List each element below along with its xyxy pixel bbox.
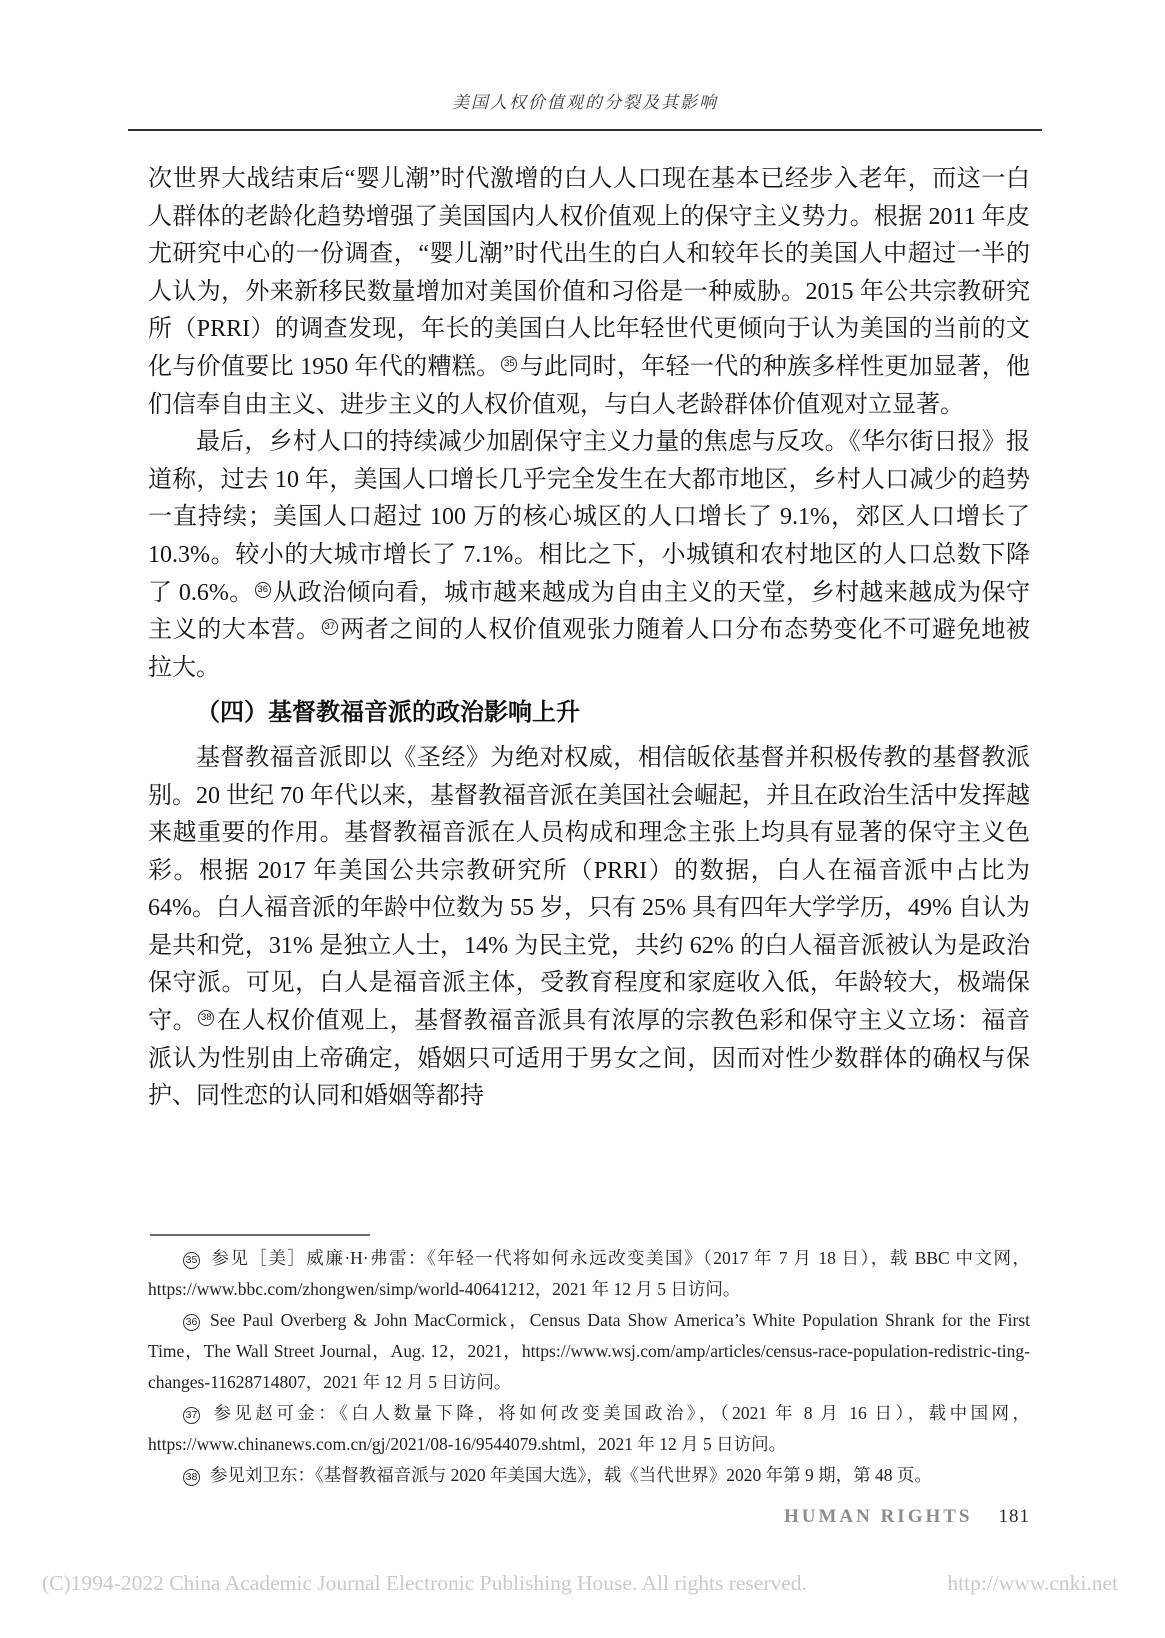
paragraph-evangelicals: 基督教福音派即以《圣经》为绝对权威，相信皈依基督并积极传教的基督教派别。20 世… — [148, 740, 1030, 1116]
running-head-title: 美国人权价值观的分裂及其影响 — [128, 88, 1042, 113]
section-heading: （四）基督教福音派的政治影响上升 — [148, 694, 1030, 732]
journal-name: HUMAN RIGHTS — [784, 1506, 973, 1527]
footnote-38: 38参见刘卫东：《基督教福音派与 2020 年美国大选》，载《当代世界》2020… — [148, 1460, 1030, 1491]
watermark-url: http://www.cnki.net — [947, 1571, 1118, 1596]
footnote-number-35: 35 — [183, 1252, 200, 1269]
paragraph-rural-population: 最后，乡村人口的持续减少加剧保守主义力量的焦虑与反攻。《华尔街日报》报道称，过去… — [148, 424, 1030, 687]
page-number: 181 — [999, 1506, 1031, 1527]
footnote-ref-37: 37 — [322, 619, 338, 635]
footnote-text: See Paul Overberg & John MacCormick，Cens… — [148, 1310, 1030, 1392]
footnote-number-37: 37 — [183, 1407, 200, 1424]
paragraph-text: 次世界大战结束后“婴儿潮”时代激增的白人人口现在基本已经步入老年，而这一白人群体… — [148, 166, 1030, 380]
cnki-watermark: (C)1994-2022 China Academic Journal Elec… — [42, 1571, 1118, 1596]
paragraph-continued: 次世界大战结束后“婴儿潮”时代激增的白人人口现在基本已经步入老年，而这一白人群体… — [148, 161, 1030, 424]
footnote-number-38: 38 — [183, 1469, 200, 1486]
footnote-35: 35参见［美］威廉·H·弗雷：《年轻一代将如何永远改变美国》（2017 年 7 … — [148, 1243, 1030, 1305]
paragraph-text: 基督教福音派即以《圣经》为绝对权威，相信皈依基督并积极传教的基督教派别。20 世… — [148, 745, 1030, 1034]
document-page: { "page": { "header": { "title": "美国人权价值… — [0, 0, 1165, 1638]
footnote-text: 参见赵可金：《白人数量下降，将如何改变美国政治》，（2021 年 8 月 16 … — [148, 1403, 1030, 1454]
footnote-text: 参见［美］威廉·H·弗雷：《年轻一代将如何永远改变美国》（2017 年 7 月 … — [148, 1248, 1030, 1299]
footnote-number-36: 36 — [183, 1314, 200, 1331]
footnote-text: 参见刘卫东：《基督教福音派与 2020 年美国大选》，载《当代世界》2020 年… — [210, 1465, 932, 1485]
header-rule — [128, 129, 1042, 131]
body-text-block: 次世界大战结束后“婴儿潮”时代激增的白人人口现在基本已经步入老年，而这一白人群体… — [148, 161, 1030, 1116]
footnote-ref-38: 38 — [198, 1010, 214, 1026]
footnote-36: 36See Paul Overberg & John MacCormick，Ce… — [148, 1305, 1030, 1398]
paragraph-text: 在人权价值观上，基督教福音派具有浓厚的宗教色彩和保守主义立场：福音派认为性别由上… — [148, 1008, 1030, 1109]
footnote-separator-rule — [150, 1234, 370, 1236]
footnote-ref-35: 35 — [501, 356, 517, 372]
footnote-ref-36: 36 — [255, 582, 271, 598]
watermark-copyright: (C)1994-2022 China Academic Journal Elec… — [42, 1571, 807, 1596]
footnote-37: 37参见赵可金：《白人数量下降，将如何改变美国政治》，（2021 年 8 月 1… — [148, 1398, 1030, 1460]
footnotes-block: 35参见［美］威廉·H·弗雷：《年轻一代将如何永远改变美国》（2017 年 7 … — [148, 1243, 1030, 1491]
page-footer: HUMAN RIGHTS181 — [148, 1506, 1030, 1528]
